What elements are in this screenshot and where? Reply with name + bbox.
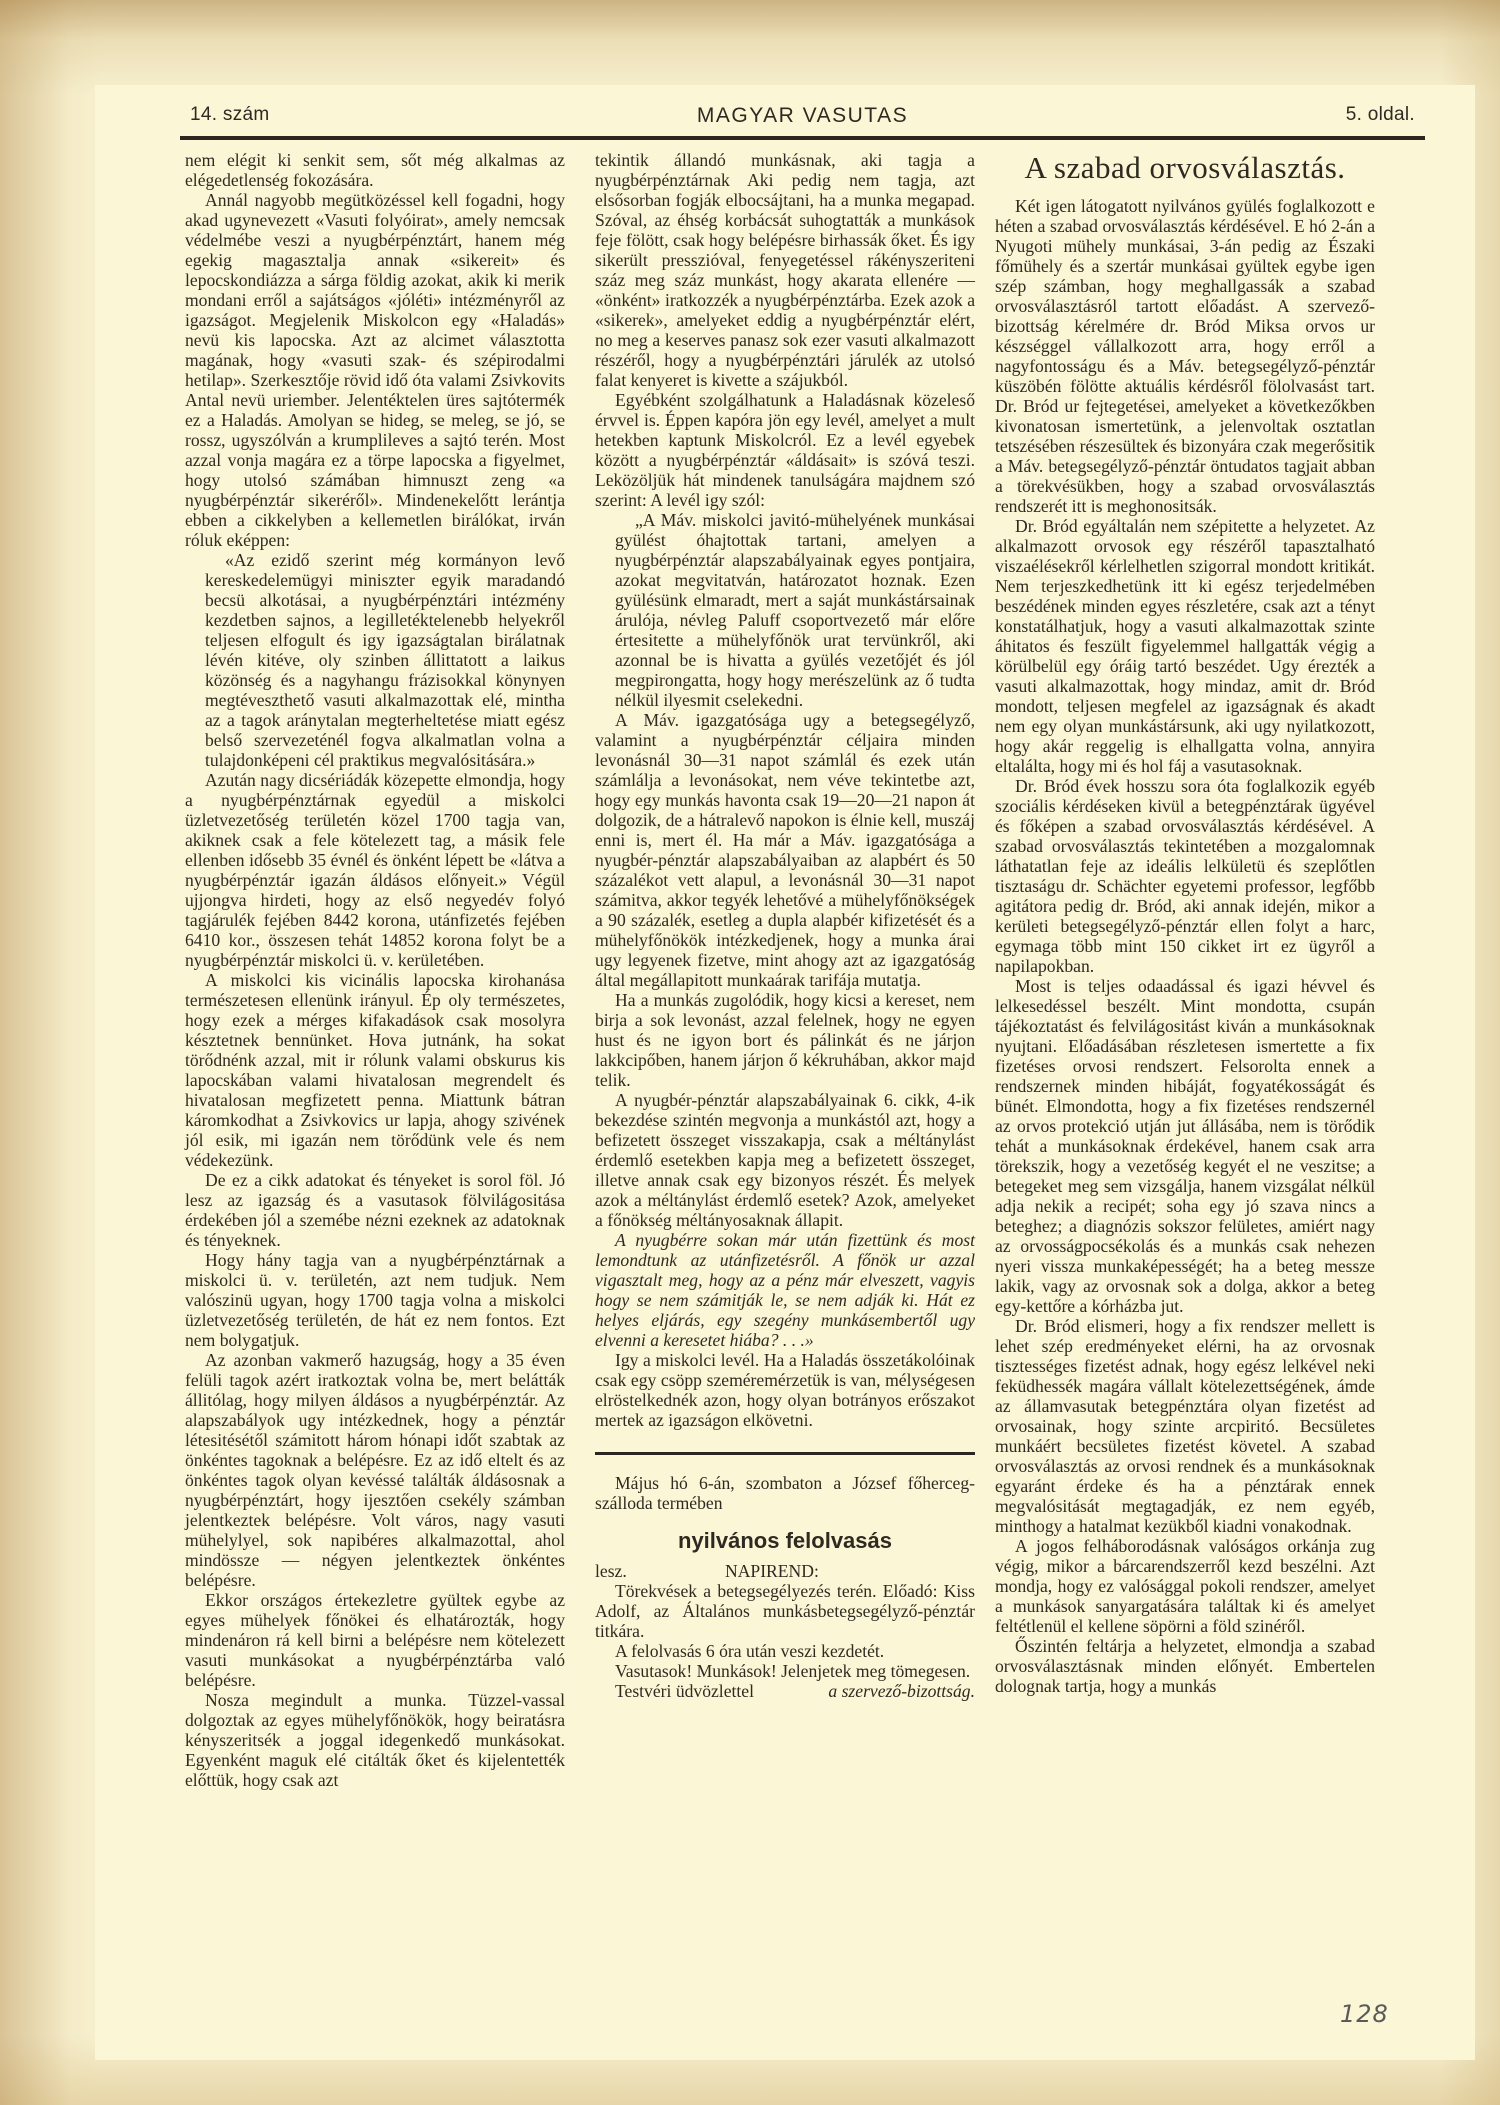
article-title: A szabad orvosválasztás. — [995, 150, 1375, 186]
paragraph: Dr. Bród elismeri, hogy a fix rendszer m… — [995, 1316, 1375, 1536]
announcement-title: nyilvános felolvasás — [595, 1527, 975, 1555]
paragraph: Dr. Bród évek hosszu sora óta foglalkozi… — [995, 776, 1375, 976]
section-divider — [595, 1452, 975, 1455]
page-header: 14. szám MAGYAR VASUTAS 5. oldal. — [180, 100, 1425, 140]
letter-paragraph: „A Máv. miskolci javitó-mühelyének munká… — [615, 510, 975, 710]
agenda-item: Törekvések a betegsegélyezés terén. Előa… — [595, 1581, 975, 1641]
letter-paragraph: A Máv. igazgatósága ugy a betegsegélyző,… — [595, 710, 975, 990]
letter-paragraph: A nyugbér-pénztár alapszabályainak 6. ci… — [595, 1090, 975, 1230]
paragraph: Igy a miskolci levél. Ha a Haladás össze… — [595, 1350, 975, 1430]
column-2: tekintik állandó munkásnak, aki tagja a … — [595, 150, 975, 1701]
paragraph: Hogy hány tagja van a nyugbérpénztárnak … — [185, 1250, 565, 1350]
paragraph: Dr. Bród egyáltalán nem szépitette a hel… — [995, 516, 1375, 776]
quote-paragraph: «Az ezidő szerint még kormányon levő ker… — [205, 550, 565, 770]
start-time: A felolvasás 6 óra után veszi kezdetét. — [595, 1641, 975, 1661]
paragraph: nem elégit ki senkit sem, sőt még alkalm… — [185, 150, 565, 190]
paragraph: Ekkor országos értekezletre gyültek egyb… — [185, 1590, 565, 1690]
paragraph: Nosza megindult a munka. Tüzzel-vassal d… — [185, 1690, 565, 1790]
paragraph: tekintik állandó munkásnak, aki tagja a … — [595, 150, 975, 390]
masthead-title: MAGYAR VASUTAS — [180, 104, 1425, 128]
signature: a szervező-bizottság. — [828, 1681, 975, 1701]
paragraph: Az azonban vakmerő hazugság, hogy a 35 é… — [185, 1350, 565, 1590]
paragraph: Két igen látogatott nyilvános gyülés fog… — [995, 196, 1375, 516]
paragraph: Egyébként szolgálhatunk a Haladásnak köz… — [595, 390, 975, 510]
column-1: nem elégit ki senkit sem, sőt még alkalm… — [185, 150, 565, 1790]
agenda-label: NAPIREND: — [725, 1561, 819, 1581]
announcement: Május hó 6-án, szombaton a József főherc… — [595, 1473, 975, 1701]
paragraph: A miskolci kis vicinális lapocska kiroha… — [185, 970, 565, 1170]
call-to-attend: Vasutasok! Munkások! Jelenjetek meg töme… — [595, 1661, 975, 1681]
paragraph: De ez a cikk adatokat és tényeket is sor… — [185, 1170, 565, 1250]
column-3: A szabad orvosválasztás. Két igen látoga… — [995, 150, 1375, 1696]
paragraph: Most is teljes odaadással és igazi hévve… — [995, 976, 1375, 1316]
signature-line: Testvéri üdvözlettel a szervező-bizottsá… — [595, 1681, 975, 1701]
announcement-intro: Május hó 6-án, szombaton a József főherc… — [595, 1473, 975, 1513]
agenda-header: lesz. NAPIREND: — [595, 1561, 975, 1581]
handwritten-archive-number: 128 — [1340, 2000, 1389, 2028]
header-rule — [180, 136, 1425, 140]
page-number: 5. oldal. — [1346, 104, 1415, 126]
paragraph: Annál nagyobb megütközéssel kell fogadni… — [185, 190, 565, 550]
announcement-lesz: lesz. — [595, 1561, 725, 1581]
paragraph: Őszintén feltárja a helyzetet, elmondja … — [995, 1636, 1375, 1696]
paragraph: Azután nagy dicsériádák közepette elmond… — [185, 770, 565, 970]
letter-paragraph: Ha a munkás zugolódik, hogy kicsi a kere… — [595, 990, 975, 1090]
letter-paragraph-italic: A nyugbérre sokan már után fizettünk és … — [595, 1230, 975, 1350]
paragraph: A jogos felháborodásnak valóságos orkánj… — [995, 1536, 1375, 1636]
greeting: Testvéri üdvözlettel — [615, 1681, 754, 1701]
